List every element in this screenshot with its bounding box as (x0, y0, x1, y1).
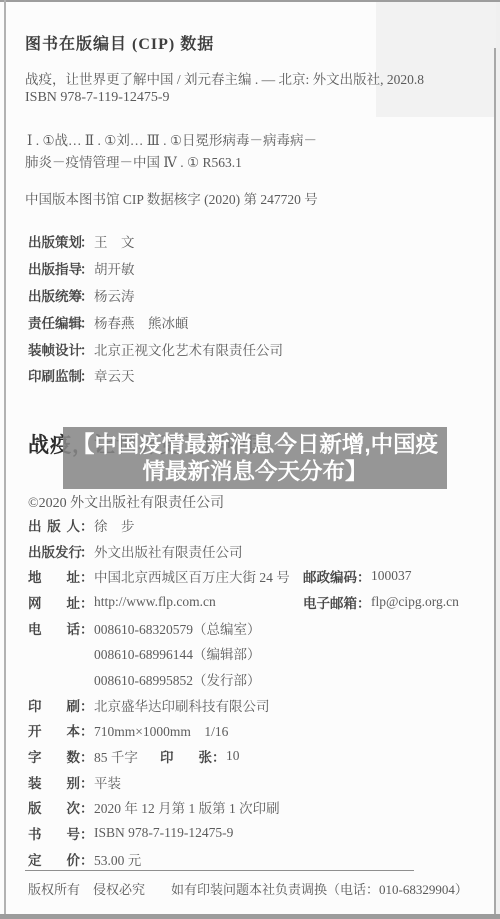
pub-row-edition: 版次：2020 年 12 月第 1 版第 1 次印刷 (28, 795, 488, 821)
credits-row-design: 装帧设计：北京正视文化艺术有限责任公司 (28, 335, 448, 362)
pub-label: 地址 (28, 566, 80, 586)
credit-label: 出版策划 (28, 231, 80, 251)
pub-value: ISBN 978-7-119-12475-9 (94, 825, 233, 841)
credit-value: 王 文 (94, 231, 135, 251)
label-colon: ： (80, 285, 90, 305)
page-margin-strip (496, 2, 500, 914)
credit-value: 杨春燕 熊冰頔 (94, 312, 189, 332)
pub-label: 印刷 (28, 695, 80, 715)
sheets-pair: 印张：10 (160, 746, 240, 766)
credit-label: 出版指导 (28, 258, 80, 278)
cip-entry-line: 战疫，让世界更了解中国 / 刘元春主编 . — 北京: 外文出版社, 2020.… (25, 68, 424, 88)
credit-value: 杨云涛 (94, 285, 135, 305)
label-colon: ： (80, 797, 90, 817)
label-colon: ： (80, 772, 90, 792)
pub-row-publisher-person: 出版人：徐 步 (28, 512, 488, 538)
pub-label: 出版发行 (28, 541, 80, 561)
pub-label: 网址 (28, 592, 80, 612)
publication-block: 出版人：徐 步 出版发行：外文出版社有限责任公司 地址：中国北京西城区百万庄大街… (28, 512, 488, 872)
pub-row-address: 地址：中国北京西城区百万庄大街 24 号 邮政编码：100037 (28, 563, 488, 589)
label-colon: ： (80, 339, 90, 359)
sheets-value: 10 (226, 748, 240, 764)
label-colon: ： (357, 592, 367, 612)
pub-value: 710mm×1000mm 1/16 (94, 720, 228, 740)
credit-label: 出版统筹 (28, 285, 80, 305)
label-colon: ： (80, 365, 90, 385)
cip-record-number: 中国版本图书馆 CIP 数据核字 (2020) 第 247720 号 (25, 188, 318, 208)
label-colon: ： (80, 231, 90, 251)
email-label: 电子邮箱 (303, 592, 357, 612)
sheets-label: 印张 (160, 746, 212, 766)
phone-value: 008610-68996144（编辑部） (94, 643, 261, 663)
pub-row-binding: 装别：平装 (28, 769, 488, 795)
credit-value: 胡开敏 (94, 258, 135, 278)
overlay-line-1: 【中国疫情最新消息今日新增,中国疫 (72, 431, 438, 458)
pub-row-printer: 印刷：北京盛华达印刷科技有限公司 (28, 692, 488, 718)
pub-value: 中国北京西城区百万庄大街 24 号 (94, 566, 290, 586)
phone-value: 008610-68995852（发行部） (94, 669, 261, 689)
label-colon: ： (80, 592, 90, 612)
credits-row-print-supervision: 印刷监制：章云天 (28, 362, 448, 389)
pub-value: 外文出版社有限责任公司 (94, 541, 243, 561)
credit-label: 责任编辑 (28, 312, 80, 332)
postal-code-label: 邮政编码 (303, 566, 357, 586)
label-colon: ： (80, 720, 90, 740)
copyright-line: ©2020 外文出版社有限责任公司 (28, 492, 224, 512)
pub-row-price: 定价：53.00 元 (28, 846, 488, 872)
pub-value: 53.00 元 (94, 849, 141, 869)
pub-row-publisher: 出版发行：外文出版社有限责任公司 (28, 538, 488, 564)
footer-divider-rule (25, 870, 414, 871)
pub-row-phone-3: 008610-68995852（发行部） (28, 666, 488, 692)
label-colon: ： (80, 515, 90, 535)
scanned-copyright-page: 图书在版编目 (CIP) 数据 战疫，让世界更了解中国 / 刘元春主编 . — … (0, 0, 500, 919)
label-colon: ： (212, 746, 222, 766)
pub-label: 字数 (28, 746, 80, 766)
credit-value: 章云天 (94, 365, 135, 385)
pub-label: 书号 (28, 823, 80, 843)
credits-row-editors: 责任编辑：杨春燕 熊冰頔 (28, 308, 448, 335)
cip-header: 图书在版编目 (CIP) 数据 (25, 31, 214, 54)
postal-code-value: 100037 (371, 568, 412, 584)
credits-row-coordination: 出版统筹：杨云涛 (28, 282, 448, 309)
pub-value: 85 千字 (94, 746, 138, 766)
label-colon: ： (80, 695, 90, 715)
classification-line-1: Ⅰ . ①战… Ⅱ . ①刘… Ⅲ . ①日冕形病毒－病毒病－ (27, 129, 317, 149)
pub-label: 出版人 (28, 515, 80, 535)
label-colon: ： (80, 746, 90, 766)
label-colon: ： (80, 312, 90, 332)
page-edge-left (4, 0, 6, 919)
classification-line-2: 肺炎－疫情管理－中国 Ⅳ . ① R563.1 (25, 151, 242, 171)
pub-row-format: 开本：710mm×1000mm 1/16 (28, 718, 488, 744)
label-colon: ： (357, 566, 367, 586)
pub-label: 开本 (28, 720, 80, 740)
pub-row-isbn: 书号：ISBN 978-7-119-12475-9 (28, 820, 488, 846)
pub-value: 2020 年 12 月第 1 版第 1 次印刷 (94, 797, 280, 817)
label-colon: ： (80, 823, 90, 843)
pub-row-phone-2: 008610-68996144（编辑部） (28, 640, 488, 666)
pub-row-wordcount: 字数：85 千字 印张：10 (28, 743, 488, 769)
label-colon: ： (80, 618, 90, 638)
pub-value: 平装 (94, 772, 121, 792)
credits-block: 出版策划：王 文 出版指导：胡开敏 出版统筹：杨云涛 责任编辑：杨春燕 熊冰頔 … (28, 228, 448, 389)
copyright-notice-footer: 版权所有 侵权必究 如有印装问题本社负责调换（电话：010-68329904） (28, 879, 468, 898)
credit-value: 北京正视文化艺术有限责任公司 (94, 339, 283, 359)
pub-row-phone-1: 电话：008610-68320579（总编室） (28, 615, 488, 641)
page-edge-bottom (0, 914, 500, 919)
pub-label: 定价 (28, 849, 80, 869)
isbn-line: ISBN 978-7-119-12475-9 (25, 90, 170, 106)
pub-row-website: 网址：http://www.flp.com.cn 电子邮箱：flp@cipg.o… (28, 589, 488, 615)
postal-code-pair: 邮政编码：100037 (303, 566, 412, 586)
pub-label: 装别 (28, 772, 80, 792)
credit-label: 装帧设计 (28, 339, 80, 359)
label-colon: ： (80, 566, 90, 586)
seo-text-overlay: 【中国疫情最新消息今日新增,中国疫 情最新消息今天分布】 (63, 427, 447, 489)
page-edge-top (0, 0, 500, 2)
pub-value: 徐 步 (94, 515, 135, 535)
pub-label: 电话 (28, 618, 80, 638)
label-colon: ： (80, 258, 90, 278)
label-colon: ： (80, 541, 90, 561)
page-fold-line (494, 48, 496, 914)
website-url: http://www.flp.com.cn (94, 594, 216, 610)
label-colon: ： (80, 849, 90, 869)
email-value: flp@cipg.org.cn (371, 594, 459, 610)
overlay-line-2: 情最新消息今天分布】 (142, 458, 367, 485)
credit-label: 印刷监制 (28, 365, 80, 385)
pub-label: 版次 (28, 797, 80, 817)
email-pair: 电子邮箱：flp@cipg.org.cn (303, 592, 459, 612)
scan-shading (376, 2, 496, 117)
pub-value: 北京盛华达印刷科技有限公司 (94, 695, 270, 715)
credits-row-planning: 出版策划：王 文 (28, 228, 448, 255)
credits-row-guidance: 出版指导：胡开敏 (28, 255, 448, 282)
phone-value: 008610-68320579（总编室） (94, 618, 261, 638)
